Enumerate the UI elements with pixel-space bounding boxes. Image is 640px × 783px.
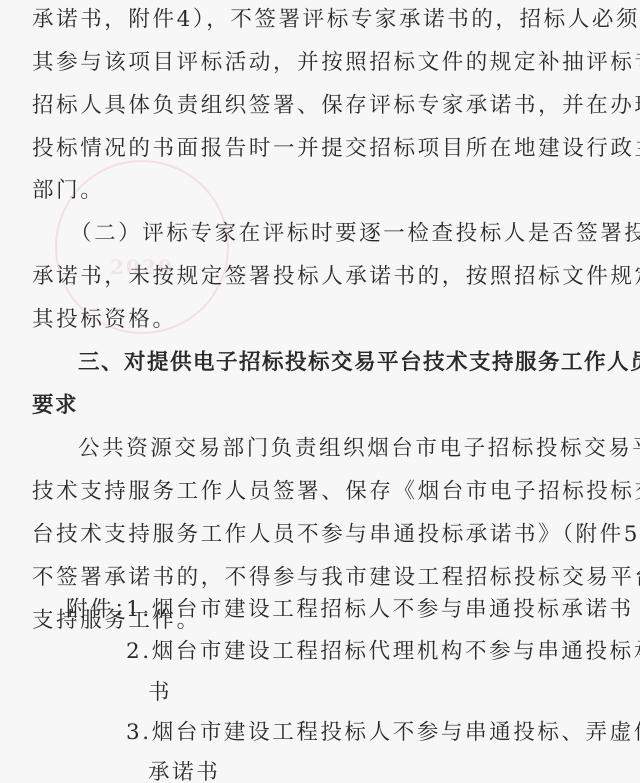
section-heading: 三、对提供电子招标投标交易平台技术支持服务工作人员的 [78, 348, 640, 378]
text-line: 不签署承诺书的，不得参与我市建设工程招标投标交易平台技术 [32, 563, 640, 593]
text-line: 台技术支持服务工作人员不参与串通投标承诺书》（附件5）， [32, 520, 640, 550]
text-line: 技术支持服务工作人员签署、保存《烟台市电子招标投标交易平 [32, 477, 640, 507]
text-line: 其投标资格。 [32, 305, 177, 335]
text-line: 承诺书，未按规定签署投标人承诺书的，按照招标文件规定否决 [32, 262, 640, 292]
attachment-item-2-cont: 书 [148, 678, 172, 708]
text-line: 其参与该项目评标活动，并按照招标文件的规定补抽评标专家。 [32, 48, 640, 78]
attachment-item-1: 1.烟台市建设工程招标人不参与串通投标承诺书 [126, 595, 634, 625]
text-line: 招标人具体负责组织签署、保存评标专家承诺书，并在办理招标 [32, 91, 640, 121]
text-line: 公共资源交易部门负责组织烟台市电子招标投标交易平台 [78, 434, 640, 464]
text-line: 投标情况的书面报告时一并提交招标项目所在地建设行政主管 [32, 134, 640, 164]
attachment-item-2: 2.烟台市建设工程招标代理机构不参与串通投标承诺 [126, 637, 640, 667]
section-heading: 要求 [32, 391, 78, 421]
text-line: （二）评标专家在评标时要逐一检查投标人是否签署投标人 [70, 219, 640, 249]
attachment-item-3-cont: 承诺书 [148, 758, 220, 783]
text-line: 承诺书，附件4），不签署评标专家承诺书的，招标人必须禁止 [32, 5, 640, 35]
text-line: 部门。 [32, 176, 104, 206]
attachment-item-3: 3.烟台市建设工程投标人不参与串通投标、弄虚作假 [126, 718, 640, 748]
